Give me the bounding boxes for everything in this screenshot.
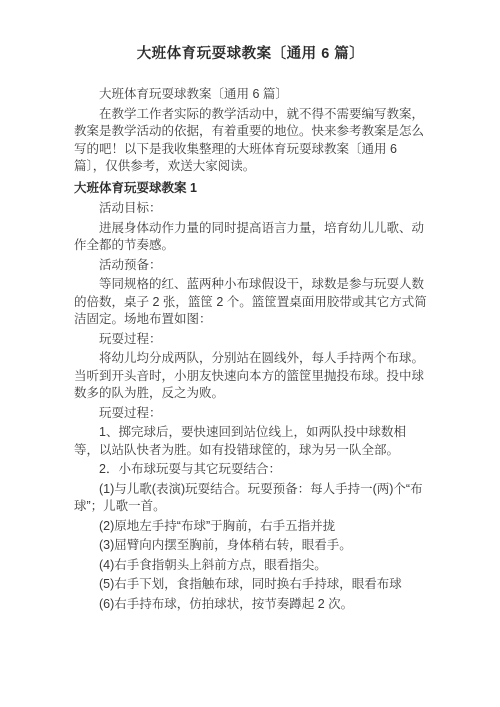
paragraph: 在教学工作者实际的教学活动中，就不得不需要编写教案，教案是教学活动的依据，有着重… bbox=[74, 105, 427, 177]
paragraph: 将幼儿均分成两队，分别站在圆线外，每人手持两个布球。当听到开头音时，小朋友快速向… bbox=[74, 349, 427, 404]
paragraph: 活动目标： bbox=[74, 199, 427, 219]
paragraph: 大班体育玩耍球教案〔通用 6 篇〕 bbox=[74, 85, 427, 105]
paragraph: 2．小布球玩耍与其它玩耍结合： bbox=[74, 460, 427, 480]
document-page: 大班体育玩耍球教案〔通用 6 篇〕 大班体育玩耍球教案〔通用 6 篇〕在教学工作… bbox=[0, 0, 500, 707]
paragraph: (5)右手下划，食指触布球，同时换右手持球，眼看布球 bbox=[74, 575, 427, 595]
document-body: 大班体育玩耍球教案〔通用 6 篇〕在教学工作者实际的教学活动中，就不得不需要编写… bbox=[74, 85, 427, 614]
paragraph: 1、掷完球后，要快速回到站位线上，如两队投中球数相等，以站队快者为胜。如有投错球… bbox=[74, 423, 427, 460]
paragraph: (6)右手持布球，仿拍球状，按节奏蹲起 2 次。 bbox=[74, 595, 427, 615]
paragraph: 活动预备： bbox=[74, 256, 427, 276]
paragraph: (4)右手食指朝头上斜前方点，眼看指尖。 bbox=[74, 556, 427, 576]
paragraph: (2)原地左手持“布球”于胸前，右手五指并拢 bbox=[74, 517, 427, 537]
document-title: 大班体育玩耍球教案〔通用 6 篇〕 bbox=[74, 44, 427, 64]
section-heading: 大班体育玩耍球教案 1 bbox=[74, 177, 427, 200]
paragraph: (3)屈臂向内摆至胸前，身体稍右转，眼看手。 bbox=[74, 536, 427, 556]
paragraph: 进展身体动作力量的同时提高语言力量，培育幼儿儿歌、动作全都的节奏感。 bbox=[74, 219, 427, 256]
paragraph: 玩耍过程： bbox=[74, 330, 427, 350]
paragraph: (1)与儿歌(表演)玩耍结合。玩耍预备：每人手持一(两)个“布球”；儿歌一首。 bbox=[74, 480, 427, 517]
paragraph: 玩耍过程： bbox=[74, 404, 427, 424]
paragraph: 等同规格的红、蓝两种小布球假设干，球数是参与玩耍人数的倍数，桌子 2 张，篮筐 … bbox=[74, 275, 427, 330]
